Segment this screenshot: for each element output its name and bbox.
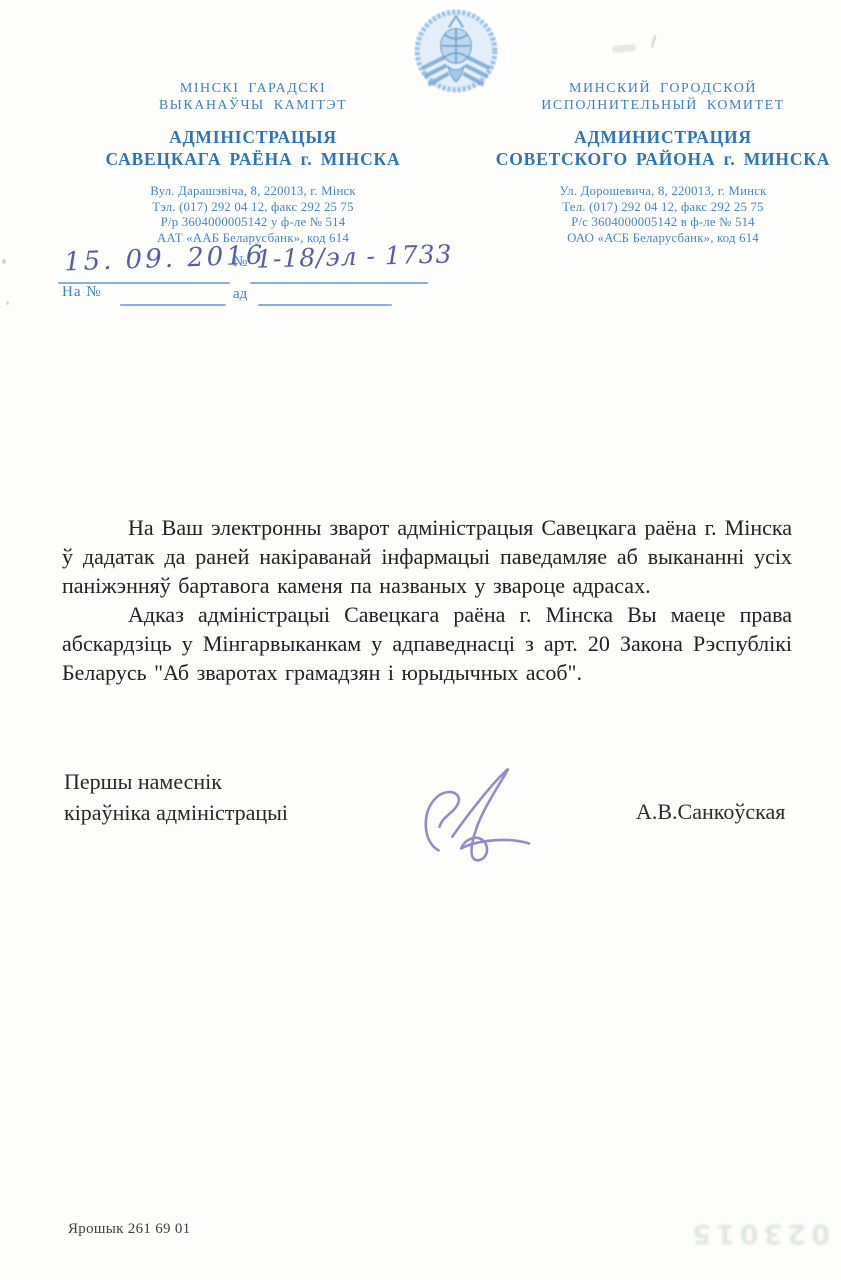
address-line: Тэл. (017) 292 04 12, факс 292 25 75 bbox=[70, 200, 436, 216]
address-line: ОАО «АСБ Беларусбанк», код 614 bbox=[482, 231, 841, 247]
number-underline bbox=[250, 282, 428, 284]
admin-name-line: САВЕЦКАГА РАЁНА г. МІНСКА bbox=[70, 149, 436, 171]
org-name-line: МІНСКІ ГАРАДСКІ bbox=[70, 80, 436, 97]
scan-speck bbox=[2, 259, 6, 264]
admin-name-line: АДМИНИСТРАЦИЯ bbox=[482, 127, 841, 149]
body-paragraph-2: Адказ адміністрацыі Савецкага раёна г. М… bbox=[62, 600, 792, 687]
address-line: Вул. Дарашэвіча, 8, 220013, г. Мінск bbox=[70, 184, 436, 200]
address-line: Тел. (017) 292 04 12, факс 292 25 75 bbox=[482, 200, 841, 216]
letterhead-right: МИНСКИЙ ГОРОДСКОЙ ИСПОЛНИТЕЛЬНЫЙ КОМИТЕТ… bbox=[482, 80, 841, 246]
number-sign-label: № bbox=[233, 254, 247, 271]
signer-name: А.В.Санкоўская bbox=[636, 799, 785, 825]
signer-title: Першы намеснік кіраўніка адміністрацыі bbox=[64, 766, 288, 828]
signer-title-line: кіраўніка адміністрацыі bbox=[64, 797, 288, 828]
address-line: Р/р 3604000005142 у ф-ле № 514 bbox=[70, 215, 436, 231]
letter-body: На Ваш электронны зварот адміністрацыя С… bbox=[62, 513, 792, 687]
org-name-line: ВЫКАНАЎЧЫ КАМІТЭТ bbox=[70, 97, 436, 114]
admin-name-line: СОВЕТСКОГО РАЙОНА г. МИНСКА bbox=[482, 149, 841, 171]
address-line: Ул. Дорошевича, 8, 220013, г. Минск bbox=[482, 184, 841, 200]
scan-speck bbox=[6, 301, 9, 305]
executor-contact: Ярошык 261 69 01 bbox=[68, 1221, 190, 1238]
scan-smudge bbox=[650, 35, 656, 48]
reply-number-blank-line bbox=[120, 304, 226, 306]
reply-from-label: ад bbox=[233, 286, 247, 303]
org-name-line: МИНСКИЙ ГОРОДСКОЙ bbox=[482, 80, 841, 97]
scan-smudge bbox=[612, 44, 637, 53]
handwritten-signature bbox=[413, 756, 531, 874]
reply-date-blank-line bbox=[258, 304, 392, 306]
letterhead-left: МІНСКІ ГАРАДСКІ ВЫКАНАЎЧЫ КАМІТЭТ АДМІНІ… bbox=[70, 80, 436, 246]
scanned-letter-page: МІНСКІ ГАРАДСКІ ВЫКАНАЎЧЫ КАМІТЭТ АДМІНІ… bbox=[0, 0, 841, 1280]
handwritten-outgoing-number: 1-18/эл - 1733 bbox=[256, 239, 453, 273]
address-line: Р/с 3604000005142 в ф-ле № 514 bbox=[482, 215, 841, 231]
bleedthrough-number: 023015 bbox=[700, 1218, 830, 1249]
admin-name-line: АДМІНІСТРАЦЫЯ bbox=[70, 127, 436, 149]
reply-to-number-label: На № bbox=[62, 284, 102, 301]
signer-title-line: Першы намеснік bbox=[64, 766, 288, 797]
org-name-line: ИСПОЛНИТЕЛЬНЫЙ КОМИТЕТ bbox=[482, 97, 841, 114]
body-paragraph-1: На Ваш электронны зварот адміністрацыя С… bbox=[62, 513, 792, 600]
